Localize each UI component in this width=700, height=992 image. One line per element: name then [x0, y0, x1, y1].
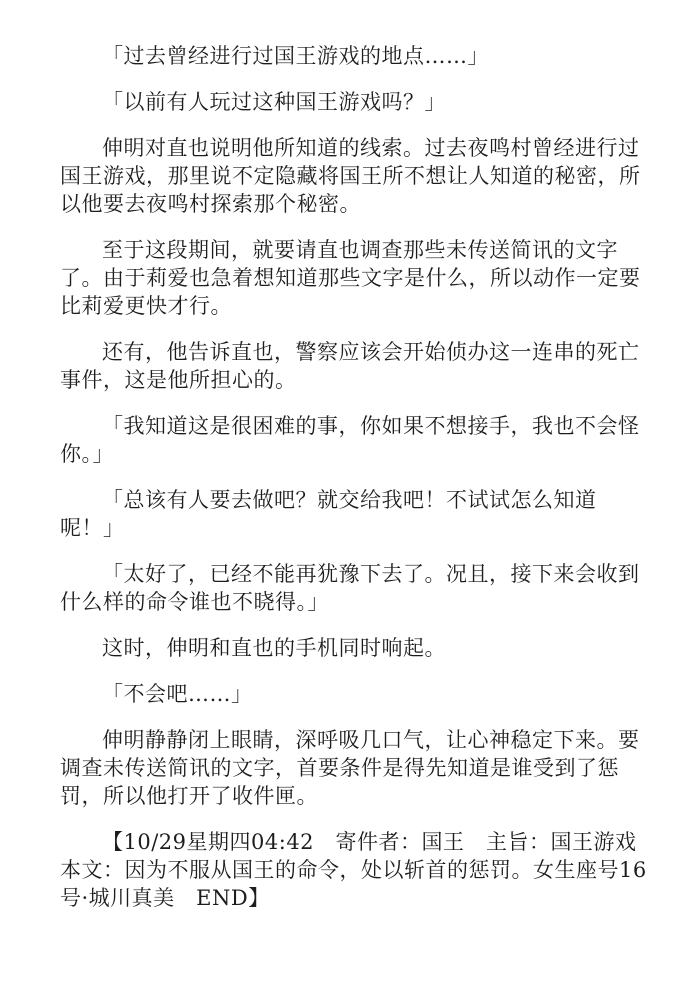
- text-line: 事件，这是他所担心的。: [60, 366, 650, 394]
- text-line: 「以前有人玩过这种国王游戏吗？」: [60, 88, 650, 116]
- text-line: 【10/29星期四04:42 寄件者：国王 主旨：国王游戏: [60, 828, 650, 856]
- paragraph: 「以前有人玩过这种国王游戏吗？」: [60, 88, 650, 116]
- text-line: 以他要去夜鸣村探索那个秘密。: [60, 190, 650, 218]
- text-line: 「过去曾经进行过国王游戏的地点……」: [60, 42, 650, 70]
- text-line: 号·城川真美 END】: [60, 884, 650, 912]
- text-line: 「我知道这是很困难的事，你如果不想接手，我也不会怪: [60, 412, 650, 440]
- text-line: 伸明静静闭上眼睛，深呼吸几口气，让心神稳定下来。要: [60, 726, 650, 754]
- paragraph: 「太好了，已经不能再犹豫下去了。况且，接下来会收到什么样的命令谁也不晓得。」: [60, 560, 650, 616]
- paragraph: 伸明静静闭上眼睛，深呼吸几口气，让心神稳定下来。要调查未传送简讯的文字，首要条件…: [60, 726, 650, 810]
- text-line: 国王游戏，那里说不定隐藏将国王所不想让人知道的秘密，所: [60, 162, 650, 190]
- paragraph: 伸明对直也说明他所知道的线索。过去夜鸣村曾经进行过国王游戏，那里说不定隐藏将国王…: [60, 134, 650, 218]
- paragraph: 还有，他告诉直也，警察应该会开始侦办这一连串的死亡事件，这是他所担心的。: [60, 338, 650, 394]
- text-line: 了。由于莉爱也急着想知道那些文字是什么，所以动作一定要: [60, 264, 650, 292]
- text-line: 比莉爱更快才行。: [60, 292, 650, 320]
- text-line: 你。」: [60, 440, 650, 468]
- text-line: 「太好了，已经不能再犹豫下去了。况且，接下来会收到: [60, 560, 650, 588]
- text-line: 「不会吧……」: [60, 680, 650, 708]
- text-line: 罚，所以他打开了收件匣。: [60, 782, 650, 810]
- paragraph: 这时，伸明和直也的手机同时响起。: [60, 634, 650, 662]
- text-line: 呢！」: [60, 514, 650, 542]
- text-line: 什么样的命令谁也不晓得。」: [60, 588, 650, 616]
- novel-page: 「过去曾经进行过国王游戏的地点……」「以前有人玩过这种国王游戏吗？」伸明对直也说…: [0, 0, 700, 992]
- text-line: 这时，伸明和直也的手机同时响起。: [60, 634, 650, 662]
- paragraph: 「过去曾经进行过国王游戏的地点……」: [60, 42, 650, 70]
- text-line: 调查未传送简讯的文字，首要条件是得先知道是谁受到了惩: [60, 754, 650, 782]
- text-line: 本文：因为不服从国王的命令，处以斩首的惩罚。女生座号16: [60, 856, 650, 884]
- paragraph: 「不会吧……」: [60, 680, 650, 708]
- text-line: 还有，他告诉直也，警察应该会开始侦办这一连串的死亡: [60, 338, 650, 366]
- text-line: 伸明对直也说明他所知道的线索。过去夜鸣村曾经进行过: [60, 134, 650, 162]
- text-line: 「总该有人要去做吧？就交给我吧！不试试怎么知道: [60, 486, 650, 514]
- paragraph: 「总该有人要去做吧？就交给我吧！不试试怎么知道呢！」: [60, 486, 650, 542]
- paragraph: 「我知道这是很困难的事，你如果不想接手，我也不会怪你。」: [60, 412, 650, 468]
- paragraph: 至于这段期间，就要请直也调查那些未传送简讯的文字了。由于莉爱也急着想知道那些文字…: [60, 236, 650, 320]
- text-line: 至于这段期间，就要请直也调查那些未传送简讯的文字: [60, 236, 650, 264]
- paragraph: 【10/29星期四04:42 寄件者：国王 主旨：国王游戏本文：因为不服从国王的…: [60, 828, 650, 912]
